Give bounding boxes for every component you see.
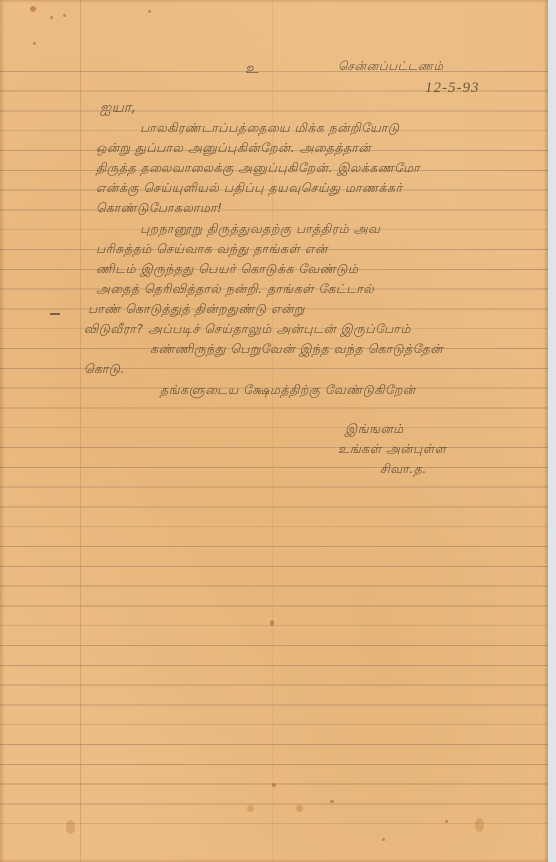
age-spot xyxy=(382,838,385,841)
body-line: பாண் கொடுத்துத் தின்றதுண்டு என்று xyxy=(88,301,305,318)
age-spot xyxy=(63,14,66,17)
age-spot xyxy=(296,805,303,812)
age-spot xyxy=(50,16,53,19)
letter-date: 12-5-93 xyxy=(425,80,480,97)
body-line: கொண்டுபோகலாமா! xyxy=(96,200,223,217)
body-line: அதைத் தெரிவித்தால் நன்றி. தாங்கள் கேட்டா… xyxy=(96,281,374,298)
age-spot xyxy=(445,820,448,823)
body-line: பாலகிரண்டாப்பத்தையை மிக்க நன்றியோடு xyxy=(140,120,399,137)
margin-rule xyxy=(80,0,81,862)
signature-line: இங்ஙனம் xyxy=(345,421,404,438)
body-line: பரிசுத்தம் செய்வாக வந்து தாங்கள் என் xyxy=(96,241,328,258)
age-spot xyxy=(330,800,334,803)
body-line: கொடு. xyxy=(84,361,125,378)
age-spot xyxy=(270,620,274,626)
age-spot xyxy=(272,783,276,787)
body-line: கண்ணிருந்து பெறுவேன் இந்த வந்த கொடுத்தேன… xyxy=(150,341,443,358)
closing-line: தங்களுடைய க்ஷேமத்திற்கு வேண்டுகிறேன் xyxy=(160,382,416,399)
signature-line: உங்கள் அன்புள்ள xyxy=(338,441,446,458)
body-line: திருத்த தலைவாலைக்கு அனுப்புகிறேன். இலக்க… xyxy=(96,160,420,177)
body-line: விடுவீரா? அப்படிச் செய்தாலும் அன்புடன் இ… xyxy=(84,321,411,338)
age-spot xyxy=(30,6,36,12)
margin-mark xyxy=(50,313,60,315)
signature-name: சிவா.த. xyxy=(380,461,427,478)
body-line: ஒன்று துப்பால அனுப்புகின்றேன். அதைத்தான் xyxy=(96,140,371,157)
age-spot xyxy=(33,42,36,45)
place-name: சென்னப்பட்டணம் xyxy=(338,59,444,75)
body-line: என்க்கு செய்யுளியல் பதிப்பு தயவுசெய்து ம… xyxy=(96,180,403,197)
salutation: ஐயா, xyxy=(100,100,137,118)
age-spot xyxy=(475,818,484,832)
letter-sheet: உ சென்னப்பட்டணம் 12-5-93 ஐயா, பாலகிரண்டா… xyxy=(0,0,548,862)
age-spot xyxy=(247,805,254,812)
body-line: புறநானூறு திருத்துவதற்கு பாத்திரம் அவ xyxy=(140,221,381,238)
age-spot xyxy=(148,10,151,13)
age-spot xyxy=(66,820,75,834)
invocation-mark: உ xyxy=(245,59,259,79)
body-line: ணிடம் இருந்தது பெயர் கொடுக்க வேண்டும் xyxy=(96,261,358,278)
